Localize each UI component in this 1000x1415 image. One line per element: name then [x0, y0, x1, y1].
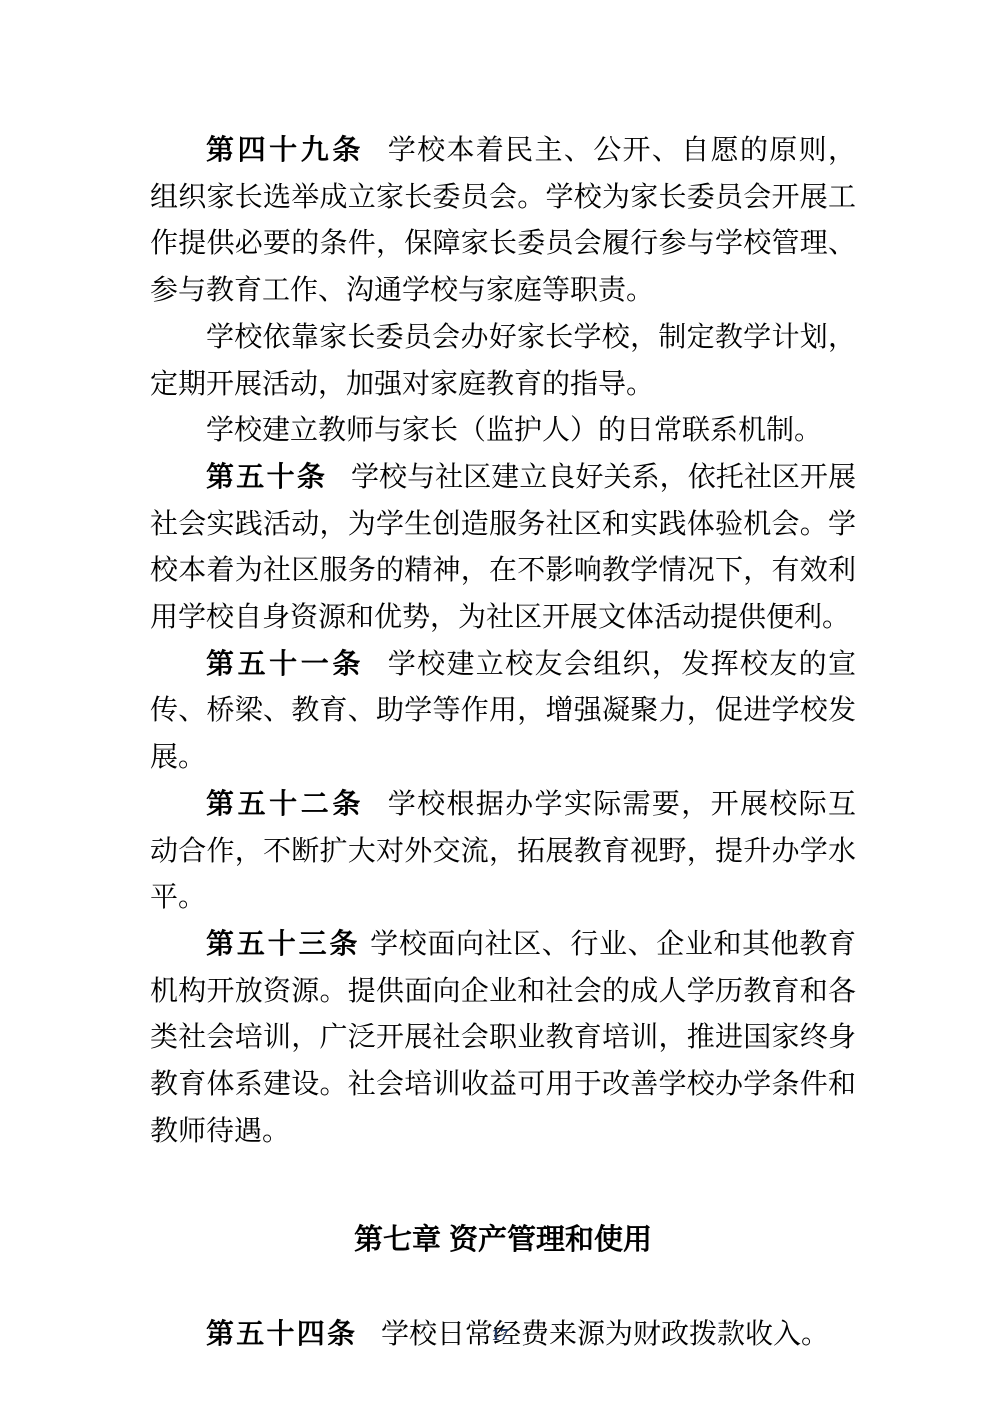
- page-number: 17: [492, 1325, 509, 1344]
- article-51-number: 第五十一条: [206, 649, 364, 680]
- paragraph-article-53: 第五十三条学校面向社区、行业、企业和其他教育机构开放资源。提供面向企业和社会的成…: [150, 922, 856, 1156]
- article-53-text: 学校面向社区、行业、企业和其他教育机构开放资源。提供面向企业和社会的成人学历教育…: [150, 929, 856, 1147]
- article-50-number: 第五十条: [206, 462, 327, 493]
- paragraph-body-1: 学校依靠家长委员会办好家长学校，制定教学计划，定期开展活动，加强对家庭教育的指导…: [150, 315, 856, 408]
- body-1-text: 学校依靠家长委员会办好家长学校，制定教学计划，定期开展活动，加强对家庭教育的指导…: [150, 322, 856, 400]
- body-2-text: 学校建立教师与家长（监护人）的日常联系机制。: [206, 415, 822, 446]
- paragraph-article-50: 第五十条学校与社区建立良好关系，依托社区开展社会实践活动，为学生创造服务社区和实…: [150, 455, 856, 642]
- chapter-7-heading: 第七章 资产管理和使用: [150, 1217, 856, 1264]
- article-49-number: 第四十九条: [206, 135, 364, 166]
- paragraph-article-49: 第四十九条学校本着民主、公开、自愿的原则，组织家长选举成立家长委员会。学校为家长…: [150, 128, 856, 315]
- paragraph-article-51: 第五十一条学校建立校友会组织，发挥校友的宣传、桥梁、教育、助学等作用，增强凝聚力…: [150, 642, 856, 782]
- paragraph-article-52: 第五十二条学校根据办学实际需要，开展校际互动合作，不断扩大对外交流，拓展教育视野…: [150, 782, 856, 922]
- paragraph-body-2: 学校建立教师与家长（监护人）的日常联系机制。: [150, 408, 856, 455]
- article-53-number: 第五十三条: [206, 929, 360, 960]
- page-footer: 17: [0, 1326, 1000, 1343]
- document-page: 第四十九条学校本着民主、公开、自愿的原则，组织家长选举成立家长委员会。学校为家长…: [0, 0, 1000, 1415]
- document-content: 第四十九条学校本着民主、公开、自愿的原则，组织家长选举成立家长委员会。学校为家长…: [150, 128, 856, 1359]
- article-52-number: 第五十二条: [206, 789, 364, 820]
